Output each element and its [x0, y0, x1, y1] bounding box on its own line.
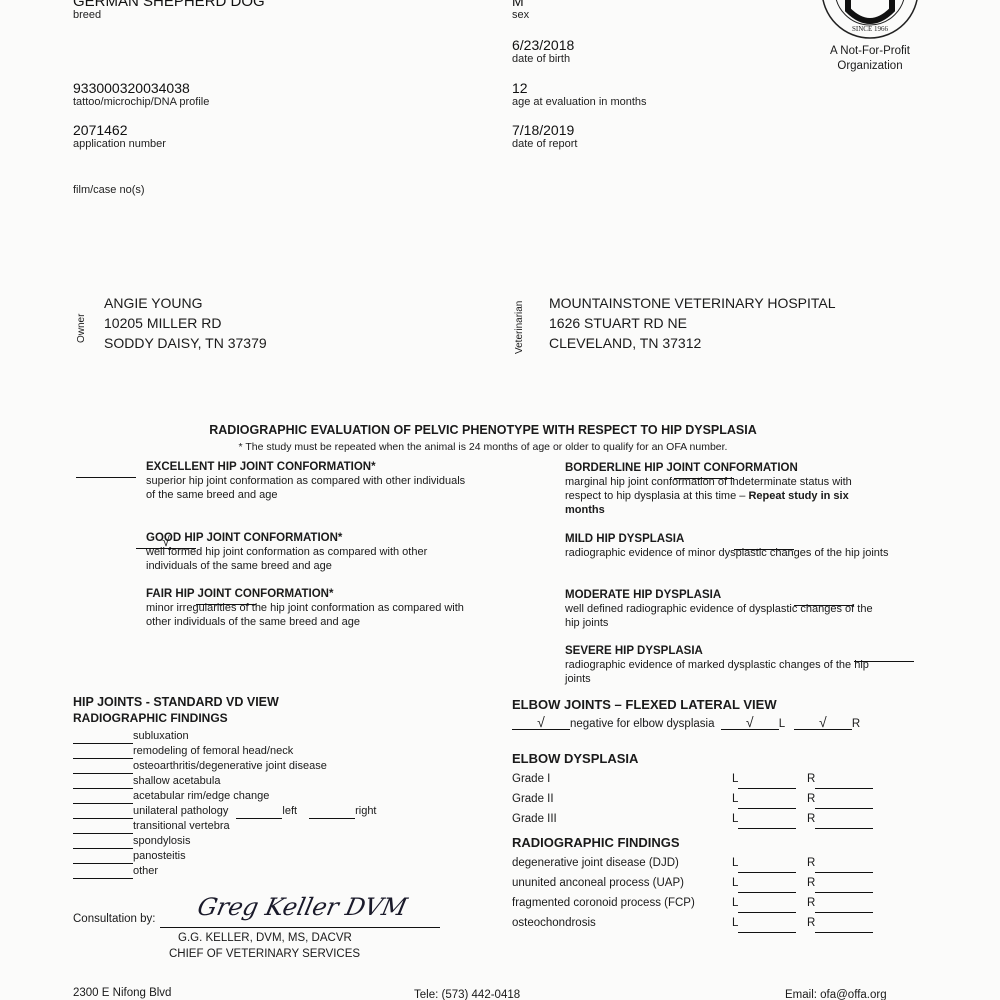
right-field: R — [807, 789, 873, 809]
elbow-grade-row: Grade IIILR — [512, 809, 912, 829]
elbow-finding-row: fragmented coronoid process (FCP)LR — [512, 893, 912, 913]
breed-label: breed — [73, 9, 101, 22]
row-label: fragmented coronoid process (FCP) — [512, 893, 695, 913]
dob-value: 6/23/2018 — [512, 37, 574, 53]
right-blank[interactable] — [815, 814, 873, 829]
svg-text:SINCE 1966: SINCE 1966 — [852, 25, 888, 33]
hip-finding-label: other — [133, 865, 158, 877]
right-category-0: BORDERLINE HIP JOINT CONFORMATIONmargina… — [565, 461, 890, 517]
elbow-grade-row: Grade ILR — [512, 769, 912, 789]
signer-title: CHIEF OF VETERINARY SERVICES — [169, 948, 360, 960]
left-blank[interactable] — [738, 814, 796, 829]
dob-label: date of birth — [512, 53, 570, 66]
right-field: R — [807, 769, 873, 789]
hip-finding-row: osteoarthritis/degenerative joint diseas… — [73, 759, 377, 774]
hip-finding-label: unilateral pathology — [133, 805, 228, 817]
hip-finding-blank[interactable] — [73, 866, 133, 879]
hip-finding-blank[interactable] — [73, 731, 133, 744]
hip-finding-label: remodeling of femoral head/neck — [133, 745, 293, 757]
footer-email[interactable]: Email: ofa@offa.org — [785, 989, 887, 1000]
left-blank[interactable] — [738, 794, 796, 809]
category-description: minor irregularities of the hip joint co… — [146, 601, 476, 629]
elbow-negative-label: negative for elbow dysplasia — [570, 718, 714, 730]
hip-finding-row: transitional vertebra — [73, 819, 377, 834]
hip-findings-title: RADIOGRAPHIC FINDINGS — [73, 711, 228, 725]
right-blank[interactable] — [815, 794, 873, 809]
left-category-2: FAIR HIP JOINT CONFORMATION*minor irregu… — [146, 587, 476, 629]
right-field: R — [807, 853, 873, 873]
unilateral-left-label: left — [282, 805, 297, 817]
unilateral-left-blank[interactable] — [236, 806, 282, 819]
category-description: radiographic evidence of marked dysplast… — [565, 658, 890, 686]
unilateral-right-blank[interactable] — [309, 806, 355, 819]
left-category-0-blank[interactable] — [76, 464, 136, 478]
microchip-label: tattoo/microchip/DNA profile — [73, 96, 209, 109]
elbow-negative-blank[interactable]: √ — [512, 716, 570, 730]
hip-finding-blank[interactable] — [73, 761, 133, 774]
hip-finding-blank[interactable] — [73, 821, 133, 834]
owner-block: ANGIE YOUNG 10205 MILLER RD SODDY DAISY,… — [104, 293, 267, 353]
elbow-finding-row: degenerative joint disease (DJD)LR — [512, 853, 912, 873]
org-tagline-line1: A Not-For-Profit — [820, 44, 920, 59]
unilateral-right-label: right — [355, 805, 376, 817]
signer-name: G.G. KELLER, DVM, MS, DACVR — [178, 932, 352, 944]
sex-value: M — [512, 0, 524, 9]
right-blank[interactable] — [815, 858, 873, 873]
category-title: SEVERE HIP DYSPLASIA — [565, 644, 890, 658]
row-label: degenerative joint disease (DJD) — [512, 853, 679, 873]
category-title: EXCELLENT HIP JOINT CONFORMATION* — [146, 460, 476, 474]
row-label: osteochondrosis — [512, 913, 596, 933]
category-title: MODERATE HIP DYSPLASIA — [565, 588, 890, 602]
org-tagline: A Not-For-Profit Organization — [820, 44, 920, 74]
hip-finding-label: spondylosis — [133, 835, 190, 847]
right-blank[interactable] — [815, 774, 873, 789]
left-label: L — [779, 718, 785, 730]
elbow-negative-right-blank[interactable]: √ — [794, 716, 852, 730]
left-field: L — [732, 913, 796, 933]
hip-finding-blank[interactable] — [73, 776, 133, 789]
left-blank[interactable] — [738, 858, 796, 873]
category-title: BORDERLINE HIP JOINT CONFORMATION — [565, 461, 890, 475]
signature-line — [160, 927, 440, 928]
row-label: Grade I — [512, 769, 550, 789]
left-blank[interactable] — [738, 898, 796, 913]
hip-finding-label: osteoarthritis/degenerative joint diseas… — [133, 760, 327, 772]
hip-finding-blank[interactable] — [73, 746, 133, 759]
right-blank[interactable] — [815, 918, 873, 933]
report-date-label: date of report — [512, 138, 577, 151]
category-description: radiographic evidence of minor dysplasti… — [565, 546, 890, 560]
footer-address: 2300 E Nifong Blvd — [73, 987, 171, 999]
left-field: L — [732, 769, 796, 789]
report-date-value: 7/18/2019 — [512, 122, 574, 138]
consultation-label: Consultation by: — [73, 913, 155, 925]
right-field: R — [807, 893, 873, 913]
hip-finding-row: panosteitis — [73, 849, 377, 864]
hip-finding-label: panosteitis — [133, 850, 186, 862]
left-category-0: EXCELLENT HIP JOINT CONFORMATION*superio… — [146, 460, 476, 502]
category-title: GOOD HIP JOINT CONFORMATION* — [146, 531, 476, 545]
veterinarian-block: MOUNTAINSTONE VETERINARY HOSPITAL 1626 S… — [549, 293, 836, 353]
hip-finding-row: other — [73, 864, 377, 879]
elbow-finding-row: ununited anconeal process (UAP)LR — [512, 873, 912, 893]
elbow-grade-list: Grade ILRGrade IILRGrade IIILR — [512, 769, 912, 829]
hip-finding-row: subluxation — [73, 729, 377, 744]
elbow-finding-row: osteochondrosisLR — [512, 913, 912, 933]
row-label: Grade II — [512, 789, 554, 809]
hip-finding-label: subluxation — [133, 730, 189, 742]
right-category-2: MODERATE HIP DYSPLASIAwell defined radio… — [565, 588, 890, 630]
age-label: age at evaluation in months — [512, 96, 647, 109]
microchip-value: 933000320034038 — [73, 80, 190, 96]
owner-side-label: Owner — [76, 314, 87, 343]
category-description: well defined radiographic evidence of dy… — [565, 602, 890, 630]
footer-phone: Tele: (573) 442-0418 — [414, 989, 520, 1000]
category-title: MILD HIP DYSPLASIA — [565, 532, 890, 546]
application-number-value: 2071462 — [73, 122, 128, 138]
right-field: R — [807, 873, 873, 893]
elbow-negative-row: √negative for elbow dysplasia √L √R — [512, 716, 860, 730]
right-blank[interactable] — [815, 878, 873, 893]
left-blank[interactable] — [738, 878, 796, 893]
category-title: FAIR HIP JOINT CONFORMATION* — [146, 587, 476, 601]
right-label: R — [852, 718, 860, 730]
hip-finding-label: acetabular rim/edge change — [133, 790, 269, 802]
owner-city: SODDY DAISY, TN 37379 — [104, 333, 267, 353]
hip-finding-blank[interactable] — [73, 836, 133, 849]
hip-finding-row: unilateral pathologyleftright — [73, 804, 377, 819]
left-field: L — [732, 853, 796, 873]
left-blank[interactable] — [738, 918, 796, 933]
vet-city: CLEVELAND, TN 37312 — [549, 333, 836, 353]
elbow-findings-title: RADIOGRAPHIC FINDINGS — [512, 835, 680, 850]
hip-finding-blank[interactable] — [73, 851, 133, 864]
elbow-findings-list: degenerative joint disease (DJD)LRununit… — [512, 853, 912, 933]
left-field: L — [732, 893, 796, 913]
sex-label: sex — [512, 9, 529, 22]
row-label: ununited anconeal process (UAP) — [512, 873, 684, 893]
evaluation-title: RADIOGRAPHIC EVALUATION OF PELVIC PHENOT… — [0, 423, 966, 437]
vet-name: MOUNTAINSTONE VETERINARY HOSPITAL — [549, 293, 836, 313]
hip-finding-row: remodeling of femoral head/neck — [73, 744, 377, 759]
hip-finding-row: acetabular rim/edge change — [73, 789, 377, 804]
hip-findings-list: subluxationremodeling of femoral head/ne… — [73, 729, 377, 879]
breed-value: GERMAN SHEPHERD DOG — [73, 0, 265, 10]
hip-finding-row: shallow acetabula — [73, 774, 377, 789]
right-field: R — [807, 809, 873, 829]
hip-finding-row: spondylosis — [73, 834, 377, 849]
hip-section-title: HIP JOINTS - STANDARD VD VIEW — [73, 695, 279, 709]
left-field: L — [732, 789, 796, 809]
category-description: marginal hip joint conformation of indet… — [565, 475, 890, 517]
age-value: 12 — [512, 80, 528, 96]
left-blank[interactable] — [738, 774, 796, 789]
left-field: L — [732, 809, 796, 829]
signature: Greg Keller DVM — [195, 893, 410, 921]
film-case-label: film/case no(s) — [73, 184, 145, 197]
category-description: superior hip joint conformation as compa… — [146, 474, 476, 502]
elbow-dysplasia-title: ELBOW DYSPLASIA — [512, 751, 638, 766]
hip-finding-blank[interactable] — [73, 806, 133, 819]
application-number-label: application number — [73, 138, 166, 151]
owner-name: ANGIE YOUNG — [104, 293, 267, 313]
row-label: Grade III — [512, 809, 557, 829]
veterinarian-side-label: Veterinarian — [514, 301, 525, 354]
org-tagline-line2: Organization — [820, 59, 920, 74]
hip-finding-label: transitional vertebra — [133, 820, 230, 832]
evaluation-note: * The study must be repeated when the an… — [0, 441, 966, 453]
right-category-3: SEVERE HIP DYSPLASIAradiographic evidenc… — [565, 644, 890, 686]
hip-finding-label: shallow acetabula — [133, 775, 220, 787]
right-category-1: MILD HIP DYSPLASIAradiographic evidence … — [565, 532, 890, 560]
owner-street: 10205 MILLER RD — [104, 313, 267, 333]
vet-street: 1626 STUART RD NE — [549, 313, 836, 333]
left-category-1: GOOD HIP JOINT CONFORMATION*well formed … — [146, 531, 476, 573]
category-description: well formed hip joint conformation as co… — [146, 545, 476, 573]
hip-finding-blank[interactable] — [73, 791, 133, 804]
elbow-negative-left-blank[interactable]: √ — [721, 716, 779, 730]
right-field: R — [807, 913, 873, 933]
right-blank[interactable] — [815, 898, 873, 913]
elbow-section-title: ELBOW JOINTS – FLEXED LATERAL VIEW — [512, 697, 777, 712]
ofa-seal-logo: SINCE 1966 — [820, 0, 920, 40]
elbow-grade-row: Grade IILR — [512, 789, 912, 809]
left-field: L — [732, 873, 796, 893]
